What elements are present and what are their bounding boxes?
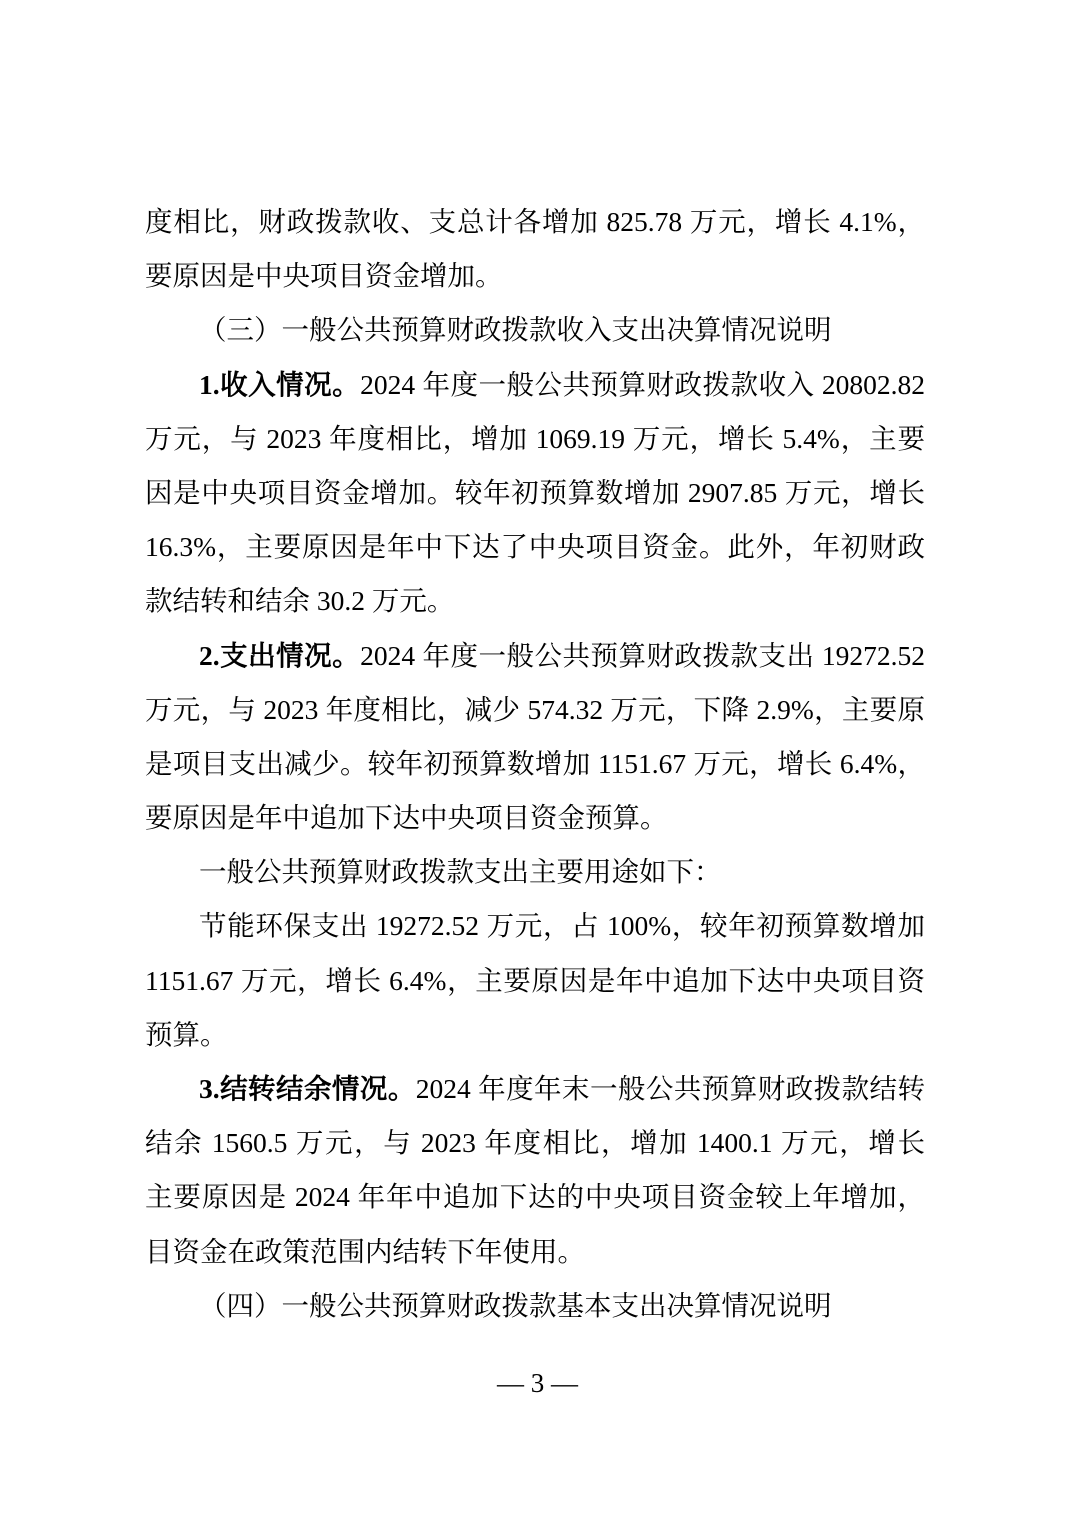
line-text: 一般公共预算财政拨款支出主要用途如下： bbox=[199, 856, 722, 887]
section-heading-text: （三）一般公共预算财政拨款收入支出决算情况说明 bbox=[199, 314, 832, 345]
text-line: 要原因是年中追加下达中央项目资金预算。 bbox=[145, 791, 925, 845]
line-text: 2024 年度一般公共预算财政拨款收入 20802.82 bbox=[360, 369, 925, 400]
paragraph-number-label: 1.收入情况。 bbox=[199, 369, 360, 400]
line-text: 结余 1560.5 万元，与 2023 年度相比，增加 1400.1 万元，增长… bbox=[145, 1127, 925, 1170]
paragraph-lead-line: 3.结转结余情况。2024 年度年末一般公共预算财政拨款结转和 bbox=[145, 1062, 925, 1116]
paragraph-lead-line: 2.支出情况。2024 年度一般公共预算财政拨款支出 19272.52 bbox=[145, 629, 925, 683]
line-text: 款结转和结余 30.2 万元。 bbox=[145, 585, 454, 616]
line-text: 目资金在政策范围内结转下年使用。 bbox=[145, 1236, 585, 1267]
text-line: 万元，与 2023 年度相比，增加 1069.19 万元，增长 5.4%，主要原 bbox=[145, 412, 925, 466]
text-line: 一般公共预算财政拨款支出主要用途如下： bbox=[145, 845, 925, 899]
text-line: 目资金在政策范围内结转下年使用。 bbox=[145, 1225, 925, 1279]
line-text: 因是中央项目资金增加。较年初预算数增加 2907.85 万元，增长 bbox=[145, 477, 925, 508]
paragraph-lead-line: 1.收入情况。2024 年度一般公共预算财政拨款收入 20802.82 bbox=[145, 358, 925, 412]
line-text: 节能环保支出 19272.52 万元，占 100%，较年初预算数增加 bbox=[199, 910, 925, 941]
page-number: — 3 — bbox=[497, 1368, 578, 1398]
line-text: 要原因是年中追加下达中央项目资金预算。 bbox=[145, 802, 668, 833]
page-footer: — 3 — bbox=[0, 1356, 1075, 1410]
section-heading: （四）一般公共预算财政拨款基本支出决算情况说明 bbox=[145, 1279, 925, 1333]
line-text: 度相比，财政拨款收、支总计各增加 825.78 万元，增长 4.1%，主 bbox=[145, 206, 925, 249]
text-line: 1151.67 万元，增长 6.4%，主要原因是年中追加下达中央项目资金 bbox=[145, 954, 925, 1008]
text-line: 是项目支出减少。较年初预算数增加 1151.67 万元，增长 6.4%，主 bbox=[145, 737, 925, 791]
text-line: 主要原因是 2024 年年中追加下达的中央项目资金较上年增加，项 bbox=[145, 1170, 925, 1224]
line-text: 16.3%，主要原因是年中下达了中央项目资金。此外，年初财政拨 bbox=[145, 531, 925, 574]
text-line: 节能环保支出 19272.52 万元，占 100%，较年初预算数增加 bbox=[145, 899, 925, 953]
line-text: 主要原因是 2024 年年中追加下达的中央项目资金较上年增加，项 bbox=[145, 1181, 925, 1224]
section-heading: （三）一般公共预算财政拨款收入支出决算情况说明 bbox=[145, 303, 925, 357]
line-text: 是项目支出减少。较年初预算数增加 1151.67 万元，增长 6.4%，主 bbox=[145, 748, 925, 791]
line-text: 万元，与 2023 年度相比，减少 574.32 万元，下降 2.9%，主要原因 bbox=[145, 694, 925, 737]
line-text: 1151.67 万元，增长 6.4%，主要原因是年中追加下达中央项目资金 bbox=[145, 965, 925, 1008]
text-line: 因是中央项目资金增加。较年初预算数增加 2907.85 万元，增长 bbox=[145, 466, 925, 520]
text-line: 要原因是中央项目资金增加。 bbox=[145, 249, 925, 303]
text-line: 预算。 bbox=[145, 1008, 925, 1062]
text-line: 度相比，财政拨款收、支总计各增加 825.78 万元，增长 4.1%，主 bbox=[145, 195, 925, 249]
line-text: 2024 年度一般公共预算财政拨款支出 19272.52 bbox=[360, 640, 925, 671]
paragraph-number-label: 2.支出情况。 bbox=[199, 640, 360, 671]
text-line: 万元，与 2023 年度相比，减少 574.32 万元，下降 2.9%，主要原因 bbox=[145, 683, 925, 737]
document-page: 度相比，财政拨款收、支总计各增加 825.78 万元，增长 4.1%，主 要原因… bbox=[0, 0, 1075, 1520]
line-text: 要原因是中央项目资金增加。 bbox=[145, 260, 503, 291]
text-line: 结余 1560.5 万元，与 2023 年度相比，增加 1400.1 万元，增长… bbox=[145, 1116, 925, 1170]
line-text: 预算。 bbox=[145, 1019, 228, 1050]
text-line: 款结转和结余 30.2 万元。 bbox=[145, 574, 925, 628]
line-text: 万元，与 2023 年度相比，增加 1069.19 万元，增长 5.4%，主要原 bbox=[145, 423, 925, 466]
section-heading-text: （四）一般公共预算财政拨款基本支出决算情况说明 bbox=[199, 1290, 832, 1321]
paragraph-number-label: 3.结转结余情况。 bbox=[199, 1073, 416, 1104]
document-body: 度相比，财政拨款收、支总计各增加 825.78 万元，增长 4.1%，主 要原因… bbox=[145, 195, 925, 1333]
text-line: 16.3%，主要原因是年中下达了中央项目资金。此外，年初财政拨 bbox=[145, 520, 925, 574]
